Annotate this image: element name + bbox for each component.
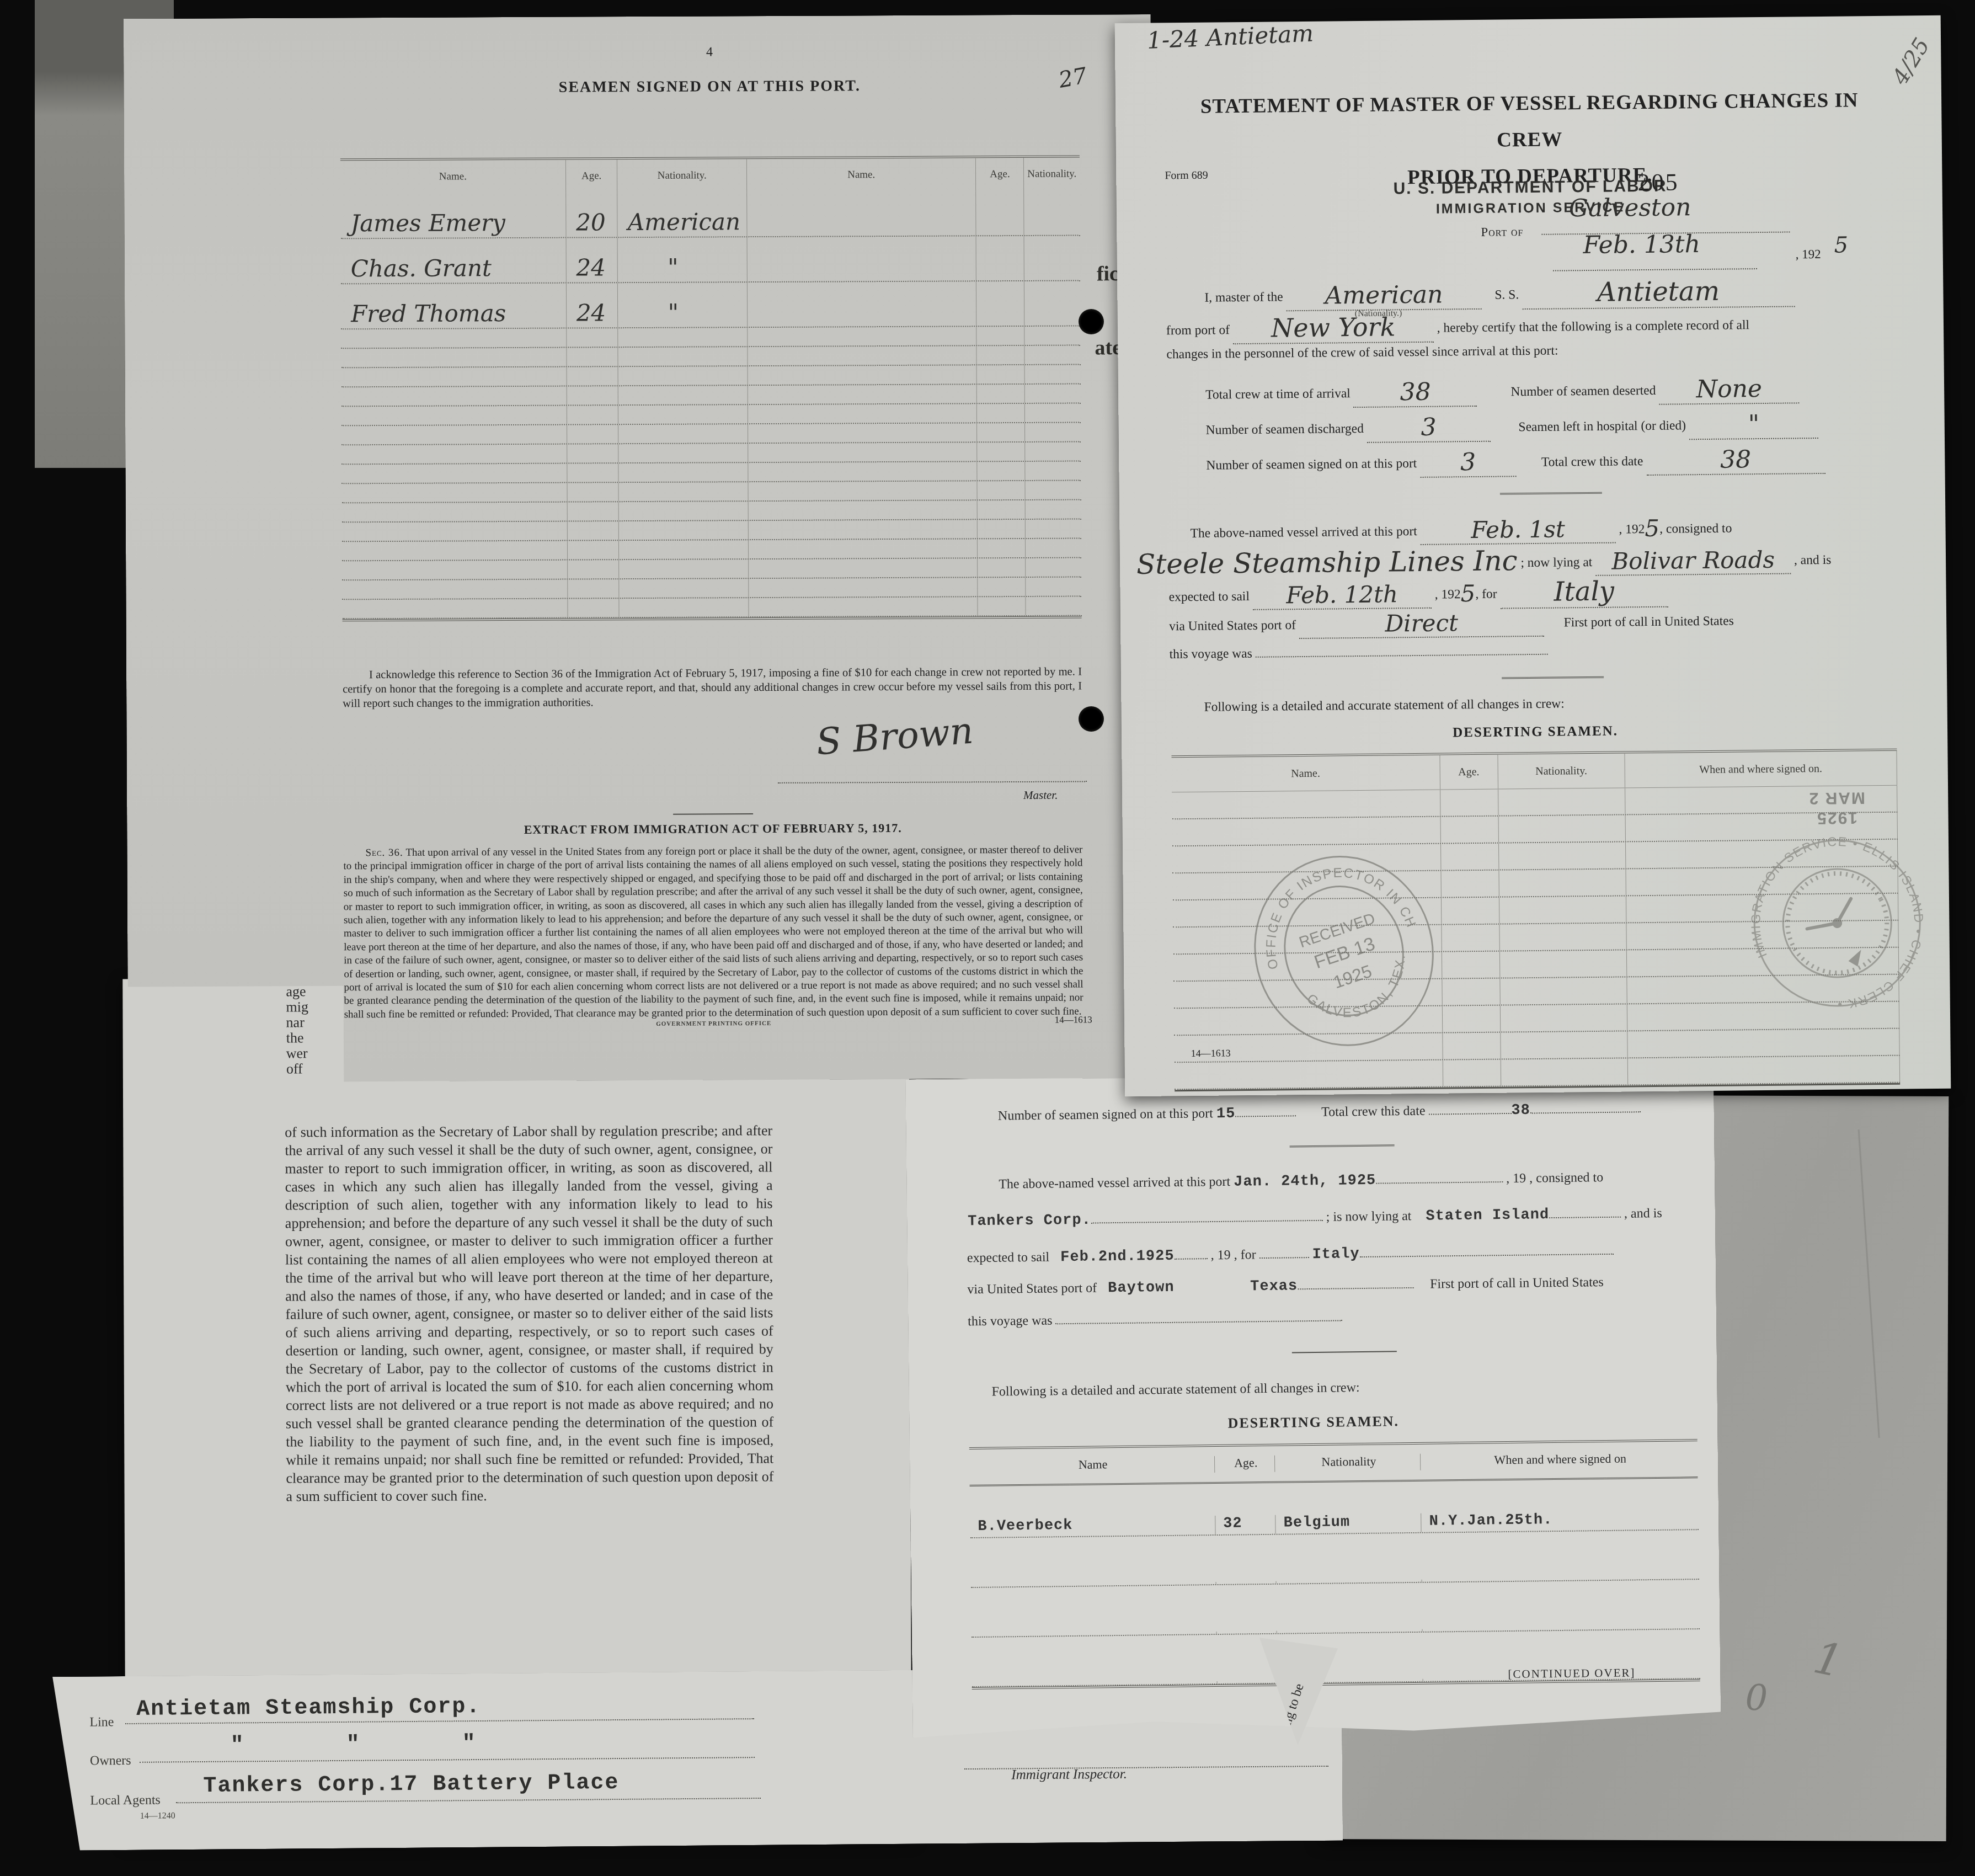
following-text: Following is a detailed and accurate sta…: [1204, 696, 1564, 714]
field-value: ": [1748, 410, 1759, 438]
continued-over-note: [CONTINUED OVER]: [1508, 1666, 1635, 1681]
col-header-name: Name.: [1171, 755, 1440, 792]
via-value: Direct: [1385, 609, 1458, 637]
seamen-signed-value: 15: [1216, 1106, 1236, 1122]
owners-label: Owners: [90, 1754, 131, 1769]
form-code: 14—1240: [140, 1811, 175, 1821]
col-header-age: Age.: [1440, 755, 1498, 790]
seaman-row: James Emery 20 American: [340, 191, 1080, 239]
sail-label: expected to sail: [967, 1250, 1050, 1266]
field-value: 3: [1460, 448, 1476, 476]
empty-table-row: [341, 404, 1081, 427]
sail-date: Feb. 12th: [1286, 580, 1398, 609]
total-crew-value: 38: [1511, 1102, 1530, 1119]
seaman-row: Fred Thomas 24 ": [341, 281, 1080, 330]
deserting-seamen-title: DESERTING SEAMEN.: [1182, 721, 1888, 743]
seaman-name: Chas. Grant: [341, 238, 567, 284]
first-port-text: First port of call in United States: [1564, 614, 1734, 630]
line-value: Antietam Steamship Corp.: [136, 1694, 481, 1722]
acknowledgment-paragraph: I acknowledge this reference to Section …: [343, 665, 1082, 711]
sail-value: Feb.2nd.1925: [1060, 1248, 1175, 1266]
sail-suffix: , 19 , for: [1210, 1248, 1256, 1262]
divider-rule: [1500, 492, 1602, 495]
clipped-line-fragments: age mig nar the wer off: [286, 984, 308, 1076]
deserter-nationality: Belgium: [1276, 1513, 1422, 1534]
seaman-nationality: ": [618, 237, 748, 282]
signed-on-table: Name. Age. Nationality. Name. Age. Natio…: [340, 156, 1082, 622]
master-of-label: I, master of the: [1204, 290, 1283, 305]
for-label: , for: [1475, 587, 1497, 601]
and-is-text: , and is: [1794, 553, 1831, 568]
consignee-value: Tankers Corp.: [968, 1212, 1091, 1230]
vessel-name: Antietam: [1597, 276, 1720, 308]
year-written: 5: [1645, 515, 1659, 542]
seaman-age: 24: [567, 283, 618, 327]
col-header-signed: When and where signed on.: [1625, 751, 1897, 788]
seaman-row: Chas. Grant 24 ": [341, 236, 1080, 285]
arrived-suffix: , 19 , consigned to: [1506, 1170, 1603, 1186]
empty-table-row: [342, 500, 1081, 523]
year-written: 5: [1834, 232, 1848, 258]
field-value: 38: [1400, 378, 1430, 407]
section-lead: Sec. 36.: [343, 846, 403, 860]
field-value: 38: [1720, 445, 1751, 474]
divider-rule: [673, 813, 753, 815]
col-header-age: Age.: [566, 159, 618, 193]
year-prefix: , 192: [1619, 522, 1645, 536]
field-value: 3: [1421, 413, 1436, 441]
seaman-age: 20: [566, 193, 618, 237]
divider-rule: [1292, 1351, 1397, 1353]
seaman-age: 24: [566, 238, 618, 282]
port-of-value: Galveston: [1569, 193, 1691, 222]
extract-title: EXTRACT FROM IMMIGRATION ACT OF FEBRUARY…: [343, 820, 1082, 838]
empty-table-row: [341, 462, 1081, 484]
empty-table-row: [342, 520, 1081, 542]
form-code: 14—1613: [1191, 1047, 1231, 1059]
empty-table-row: [342, 578, 1081, 600]
divider-rule: [1502, 676, 1604, 679]
col-header-name: Name.: [747, 158, 976, 192]
seaman-name: Fred Thomas: [341, 284, 567, 329]
empty-table-row: [341, 481, 1081, 504]
seamen-signed-label: Number of seamen signed on at this port: [998, 1106, 1213, 1123]
deserter-age: 32: [1215, 1515, 1276, 1534]
local-agents-label: Local Agents: [90, 1793, 161, 1809]
top-annotation: 1-24 Antietam: [1146, 20, 1314, 54]
port-of-label: Port of: [1481, 225, 1523, 239]
binder-hole: [1079, 706, 1104, 732]
section-36-text: That upon arrival of any vessel in the U…: [343, 844, 1083, 1020]
lying-label: ; is now lying at: [1326, 1209, 1412, 1224]
empty-table-row: [341, 385, 1081, 407]
deserting-seamen-title: DESERTING SEAMEN.: [909, 1410, 1717, 1436]
col-header-nationality: Nationality: [1275, 1454, 1421, 1472]
page-title: SEAMEN SIGNED ON AT THIS PORT.: [340, 77, 1079, 98]
torn-edge-handwriting: 27: [1057, 63, 1089, 93]
deserter-name: B.Veerbeck: [970, 1516, 1215, 1537]
handwritten-mark-zero: 0: [1745, 1678, 1768, 1719]
empty-table-row: [342, 539, 1081, 562]
year-prefix: , 192: [1796, 247, 1821, 262]
col-header-nationality: Nationality.: [1024, 158, 1080, 191]
deserter-signed-on: N.Y.Jan.25th.: [1422, 1510, 1699, 1532]
seamen-signed-on-page: 4 SEAMEN SIGNED ON AT THIS PORT. Name. A…: [124, 14, 1155, 1083]
destination-value: Italy: [1312, 1246, 1359, 1263]
form-code: 14—1613: [1055, 1014, 1092, 1025]
and-is-text: , and is: [1624, 1206, 1662, 1221]
lying-label: ; now lying at: [1520, 555, 1592, 570]
empty-table-row: [341, 423, 1081, 446]
field-label: Number of seamen discharged: [1206, 422, 1364, 438]
col-header-nationality: Nationality.: [617, 159, 747, 193]
field-label: Number of seamen deserted: [1510, 383, 1656, 399]
via-label: via United States port of: [1169, 618, 1296, 633]
master-label: Master.: [1023, 788, 1058, 802]
divider-rule: [1290, 1144, 1395, 1147]
field-label: Number of seamen signed on at this port: [1206, 456, 1417, 473]
field-label: Total crew this date: [1541, 454, 1643, 470]
empty-table-row: [971, 1580, 1700, 1638]
sail-label: expected to sail: [1169, 589, 1250, 604]
ss-label: S. S.: [1494, 287, 1519, 302]
via-label: via United States port of: [967, 1281, 1097, 1297]
arrived-value: Jan. 24th, 1925: [1234, 1172, 1376, 1191]
destination-value: Italy: [1554, 576, 1614, 607]
typed-crew-change-form: Number of seamen signed on at this port …: [905, 1070, 1721, 1745]
torn-print-fragment: fic: [1097, 262, 1119, 286]
consignee-value: Steele Steamship Lines Inc: [1136, 545, 1518, 580]
first-port-text: First port of call in United States: [1430, 1275, 1604, 1292]
col-header-age: Age.: [976, 158, 1024, 191]
handwritten-mark-one: 1: [1809, 1632, 1848, 1688]
col-header-nationality: Nationality.: [1498, 753, 1625, 788]
page-number: 4: [340, 44, 1079, 62]
scanned-documents-canvas: 0 1 age mig nar the wer off of such info…: [0, 0, 1975, 1876]
date-value: Feb. 13th: [1583, 230, 1700, 259]
voyage-text: this voyage was: [1170, 647, 1252, 662]
master-signature: S Brown: [815, 710, 975, 764]
empty-table-row: [342, 558, 1081, 581]
col-header-name: Name: [969, 1456, 1215, 1475]
empty-table-row: [341, 346, 1080, 369]
service-heading: IMMIGRATION SERVICE: [1177, 197, 1883, 220]
field-label: Seamen left in hospital (or died): [1518, 418, 1686, 434]
binder-hole: [1079, 309, 1104, 334]
immigration-act-column-text: of such information as the Secretary of …: [285, 1121, 773, 1505]
empty-table-row: [341, 327, 1080, 349]
year-written: 5: [1460, 580, 1475, 607]
deserter-row: B.Veerbeck 32 Belgium N.Y.Jan.25th.: [970, 1478, 1699, 1538]
arrived-label: The above-named vessel arrived at this p…: [1168, 524, 1417, 541]
from-port-value: New York: [1271, 312, 1396, 343]
paper-crease: [1858, 1129, 1880, 1438]
lying-value: Staten Island: [1426, 1207, 1549, 1225]
field-label: Total crew at time of arrival: [1205, 386, 1351, 402]
field-value: None: [1696, 375, 1762, 403]
consigned-to-text: , consigned to: [1659, 521, 1732, 536]
lying-value: Bolivar Roads: [1611, 546, 1775, 575]
empty-table-row: [970, 1530, 1699, 1588]
empty-table-row: [341, 443, 1081, 465]
local-agents-value: Tankers Corp.17 Battery Place: [203, 1771, 619, 1799]
col-header-age: Age.: [1215, 1456, 1275, 1473]
seaman-nationality: ": [618, 283, 748, 327]
from-port-label: from port of: [1166, 323, 1230, 338]
total-crew-label: Total crew this date: [1321, 1104, 1426, 1120]
col-header-name: Name.: [340, 160, 566, 194]
immigrant-inspector-label: Immigrant Inspector.: [1011, 1767, 1127, 1783]
vessel-nationality: American: [1325, 281, 1443, 310]
empty-table-row: [342, 597, 1081, 620]
following-text: Following is a detailed and accurate sta…: [991, 1381, 1359, 1399]
line-label: Line: [89, 1715, 114, 1730]
voyage-text: this voyage was: [968, 1314, 1053, 1329]
arrived-label: The above-named vessel arrived at this p…: [999, 1175, 1230, 1192]
via-value: Baytown Texas: [1108, 1278, 1298, 1297]
year-prefix: , 192: [1434, 587, 1460, 601]
corner-number: 4/25: [1887, 34, 1935, 89]
col-header-signed: When and where signed on: [1421, 1451, 1698, 1470]
document-number: 205: [1637, 168, 1679, 196]
seaman-nationality: American: [618, 192, 748, 237]
arrived-date: Feb. 1st: [1471, 515, 1565, 543]
statement-of-master-form: 1-24 Antietam 4/25 Form 689 STATEMENT OF…: [1115, 15, 1951, 1096]
seaman-name: James Emery: [340, 193, 566, 238]
certify-text: , hereby certify that the following is a…: [1437, 318, 1750, 335]
empty-table-row: [341, 365, 1081, 388]
changes-text: changes in the personnel of the crew of …: [1166, 344, 1558, 362]
